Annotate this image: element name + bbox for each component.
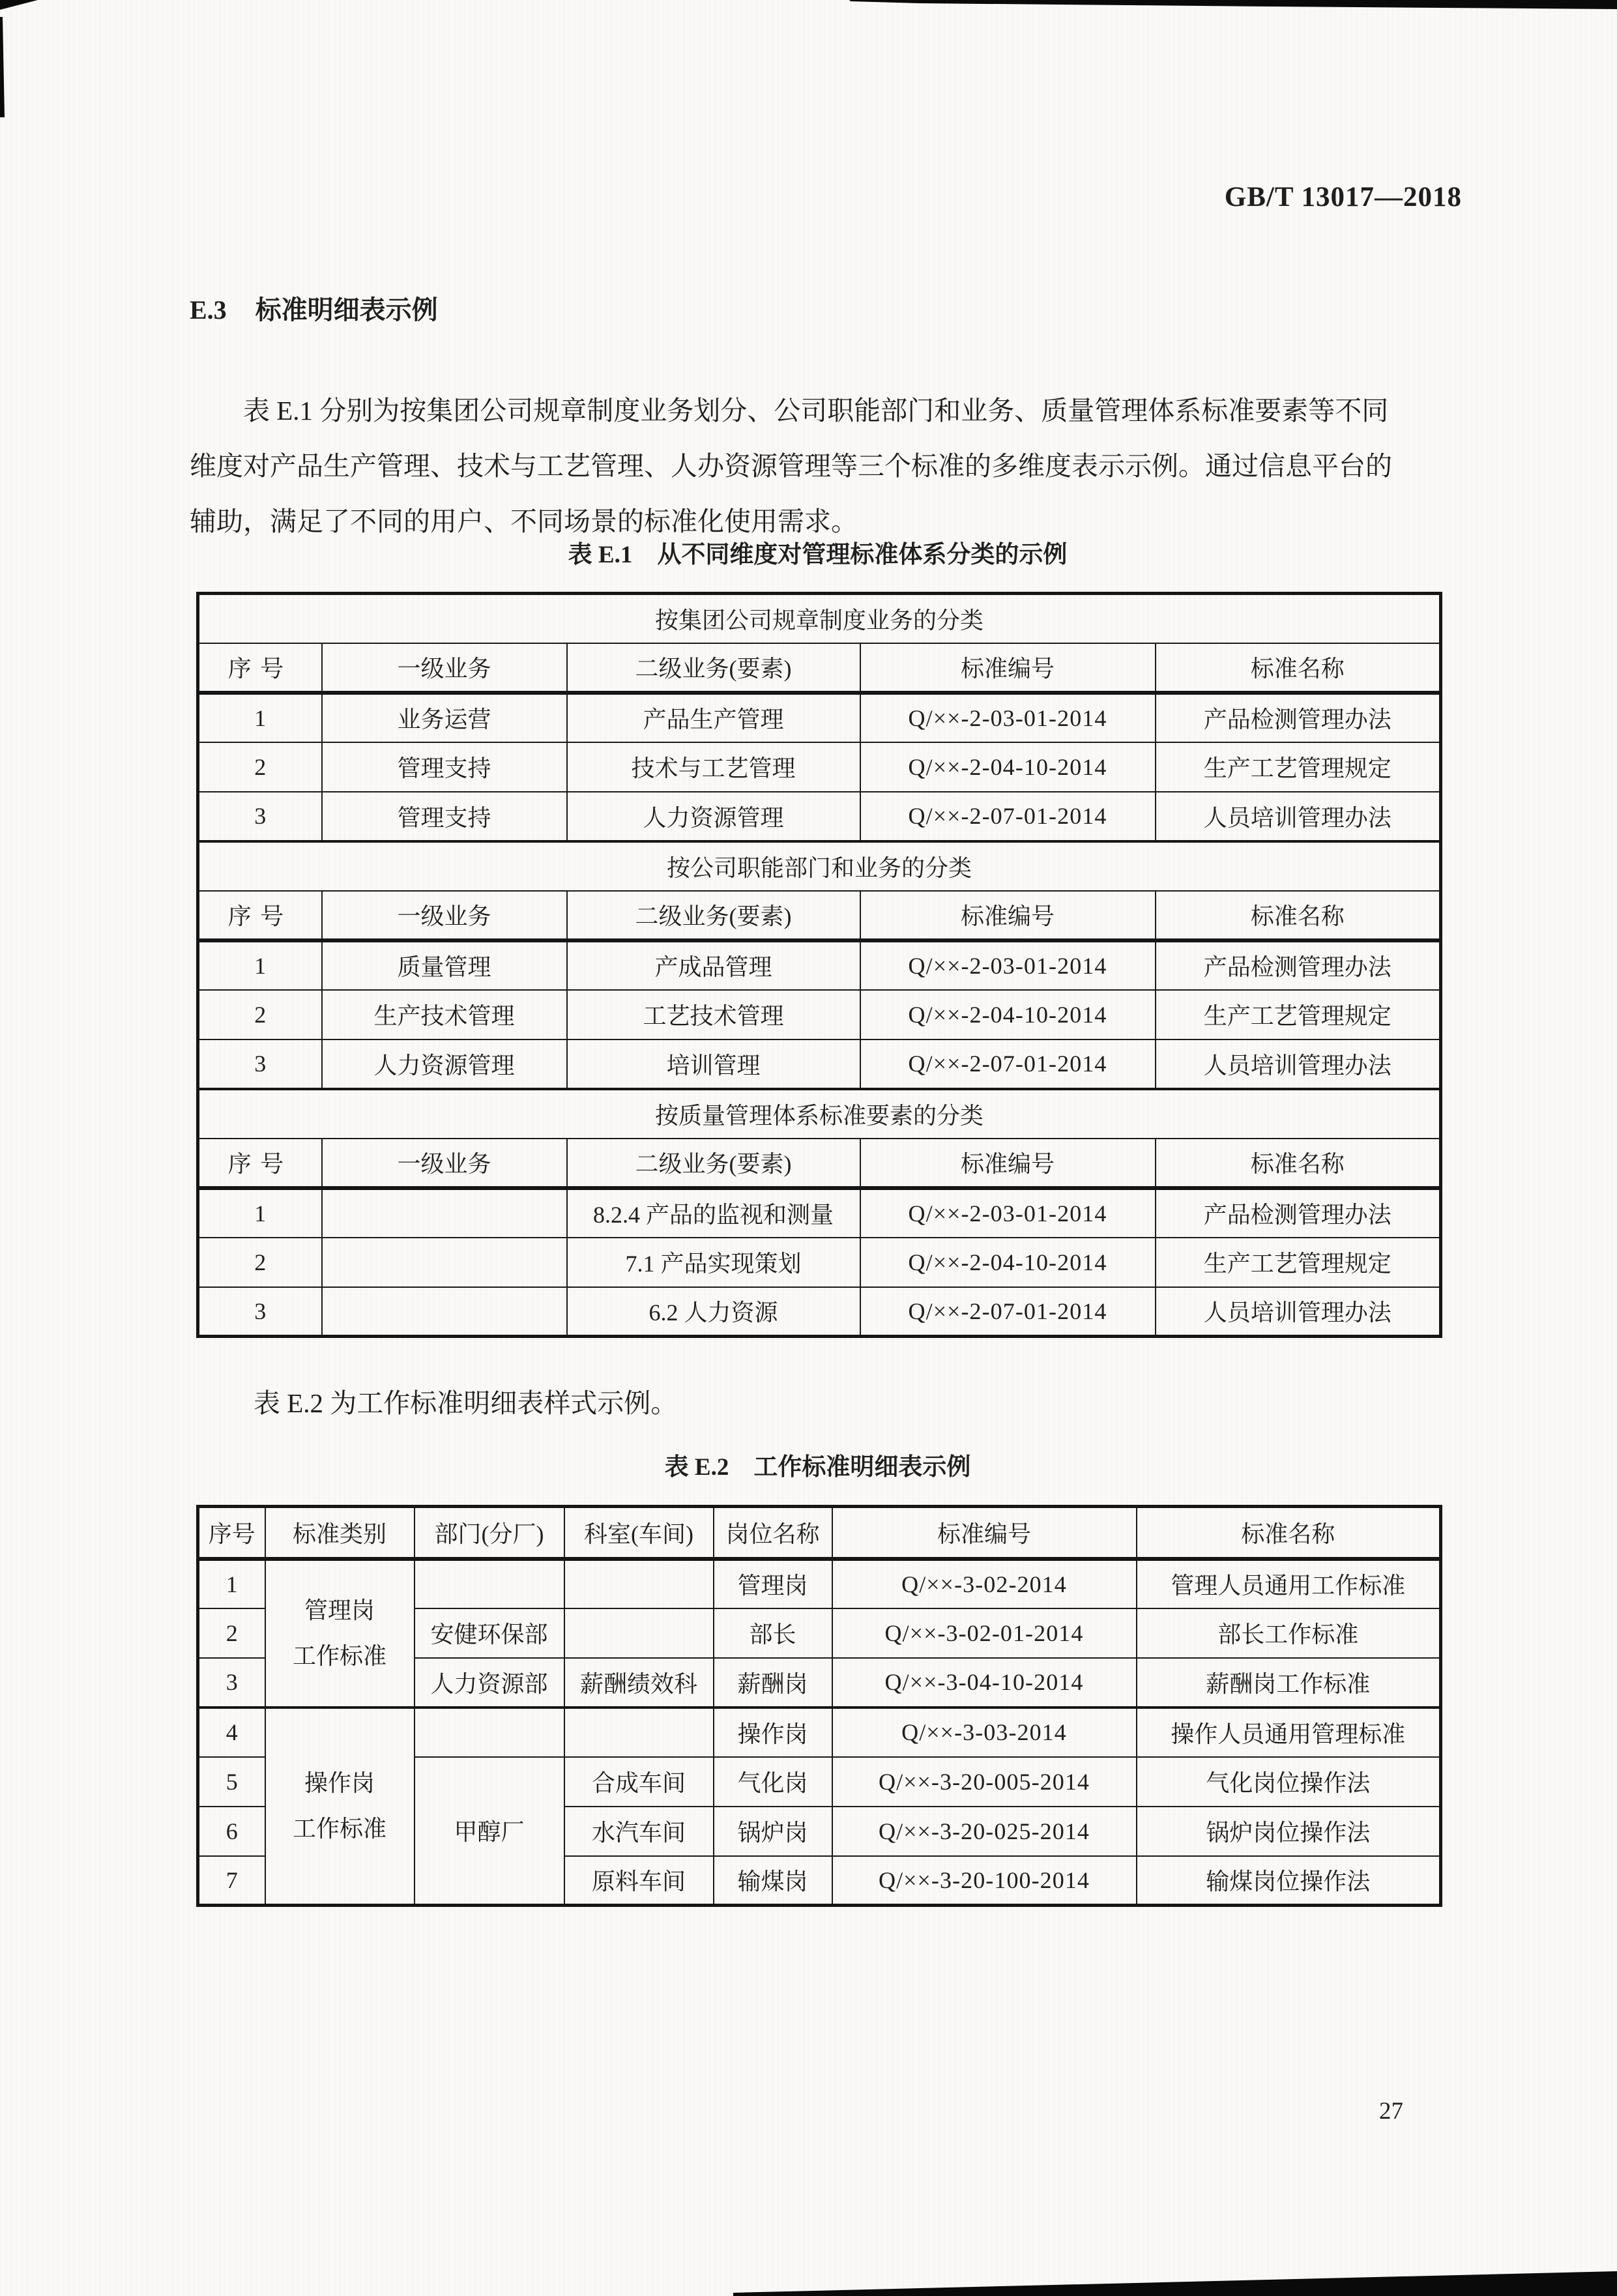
table-row: 1 管理岗 工作标准 管理岗 Q/××-3-02-2014 管理人员通用工作标准	[198, 1559, 1441, 1608]
table-section-title-row: 按公司职能部门和业务的分类	[198, 841, 1441, 891]
table-cell: 2	[198, 1238, 322, 1287]
section-number: E.3	[190, 295, 227, 325]
table-cell: 操作岗	[714, 1707, 832, 1757]
table-cell: 部长工作标准	[1137, 1608, 1441, 1658]
table-cell: 操作人员通用管理标准	[1137, 1707, 1441, 1757]
column-header: 一级业务	[322, 891, 567, 940]
table-cell: 锅炉岗位操作法	[1137, 1807, 1441, 1856]
table-section-title-row: 按质量管理体系标准要素的分类	[198, 1089, 1441, 1139]
table-cell: 产品检测管理办法	[1156, 1188, 1441, 1238]
table-cell: Q/××-2-03-01-2014	[860, 1188, 1156, 1238]
table-cell: 产品检测管理办法	[1156, 693, 1441, 742]
table-cell: 培训管理	[567, 1039, 860, 1089]
table-cell: 薪酬绩效科	[564, 1658, 714, 1707]
table-cell: Q/××-3-20-005-2014	[832, 1757, 1137, 1807]
table-cell: Q/××-3-02-01-2014	[832, 1608, 1137, 1658]
column-header: 标准名称	[1137, 1507, 1441, 1559]
factory-cell: 甲醇厂	[415, 1757, 564, 1906]
table-e1-caption: 表 E.1从不同维度对管理标准体系分类的示例	[196, 534, 1439, 570]
column-header: 标准类别	[265, 1507, 415, 1559]
table-row: 3 人力资源管理 培训管理 Q/××-2-07-01-2014 人员培训管理办法	[198, 1039, 1441, 1089]
category-line: 工作标准	[269, 1806, 411, 1852]
column-header: 序号	[198, 1507, 265, 1559]
column-header: 序号	[198, 1139, 322, 1188]
table-section-title: 按质量管理体系标准要素的分类	[198, 1089, 1441, 1139]
table-cell: 8.2.4 产品的监视和测量	[567, 1188, 860, 1238]
table-cell: 安健环保部	[415, 1608, 564, 1658]
category-line: 工作标准	[269, 1633, 411, 1679]
table-cell: Q/××-3-02-2014	[832, 1559, 1137, 1608]
table-cell: Q/××-2-04-10-2014	[860, 742, 1156, 792]
table-row: 1 质量管理 产成品管理 Q/××-2-03-01-2014 产品检测管理办法	[198, 940, 1441, 990]
table-cell: 生产工艺管理规定	[1156, 1238, 1441, 1287]
table-cell: 管理支持	[322, 742, 567, 792]
table-cell: 3	[198, 1658, 265, 1707]
table-cell: 质量管理	[322, 940, 567, 990]
table-row: 1 8.2.4 产品的监视和测量 Q/××-2-03-01-2014 产品检测管…	[198, 1188, 1441, 1238]
column-header: 二级业务(要素)	[567, 1139, 860, 1188]
table-cell: 气化岗	[714, 1757, 832, 1807]
table-cell: Q/××-2-04-10-2014	[860, 990, 1156, 1039]
page-number: 27	[1379, 2097, 1403, 2125]
table-cell: 人员培训管理办法	[1156, 1287, 1441, 1337]
table-cell: 人力资源部	[415, 1658, 564, 1707]
table-cell: 原料车间	[564, 1856, 714, 1906]
scan-artifact-left-edge	[0, 17, 5, 117]
standard-number-header: GB/T 13017—2018	[1225, 181, 1462, 213]
table-e1-caption-title: 从不同维度对管理标准体系分类的示例	[657, 542, 1067, 568]
column-header: 标准名称	[1156, 643, 1441, 693]
table-cell: 2	[198, 1608, 265, 1658]
table-cell: 2	[198, 742, 322, 792]
table-header-row: 序号 标准类别 部门(分厂) 科室(车间) 岗位名称 标准编号 标准名称	[198, 1507, 1441, 1559]
table-cell: 输煤岗	[714, 1856, 832, 1906]
column-header: 标准名称	[1156, 891, 1441, 940]
table-cell: Q/××-2-07-01-2014	[860, 1039, 1156, 1089]
table-cell: 5	[198, 1757, 265, 1807]
table-cell: Q/××-2-07-01-2014	[860, 1287, 1156, 1337]
table-cell: 生产工艺管理规定	[1156, 990, 1441, 1039]
table-cell: 3	[198, 792, 322, 841]
table-cell: 人员培训管理办法	[1156, 1039, 1441, 1089]
table-cell: 4	[198, 1707, 265, 1757]
table-cell: Q/××-3-03-2014	[832, 1707, 1137, 1757]
table-cell: 部长	[714, 1608, 832, 1658]
table-cell	[415, 1559, 564, 1608]
table-cell: 6	[198, 1807, 265, 1856]
intro-paragraph: 表 E.1 分别为按集团公司规章制度业务划分、公司职能部门和业务、质量管理体系标…	[190, 383, 1440, 549]
table-section-title: 按公司职能部门和业务的分类	[198, 841, 1441, 891]
column-header: 标准编号	[832, 1507, 1137, 1559]
table-row: 4 操作岗 工作标准 操作岗 Q/××-3-03-2014 操作人员通用管理标准	[198, 1707, 1441, 1757]
table-cell: Q/××-3-20-025-2014	[832, 1807, 1137, 1856]
table-section-title: 按集团公司规章制度业务的分类	[198, 594, 1441, 643]
table-cell	[322, 1238, 567, 1287]
table-row: 1 业务运营 产品生产管理 Q/××-2-03-01-2014 产品检测管理办法	[198, 693, 1441, 742]
table-cell: 产品生产管理	[567, 693, 860, 742]
table-cell: 合成车间	[564, 1757, 714, 1807]
column-header: 一级业务	[322, 1139, 567, 1188]
table-row: 2 生产技术管理 工艺技术管理 Q/××-2-04-10-2014 生产工艺管理…	[198, 990, 1441, 1039]
table-cell: 气化岗位操作法	[1137, 1757, 1441, 1807]
scan-artifact-top-edge	[0, 0, 1617, 10]
table-cell: 产品检测管理办法	[1156, 940, 1441, 990]
category-line: 操作岗	[269, 1760, 411, 1806]
table-cell: 1	[198, 1559, 265, 1608]
table-cell: 水汽车间	[564, 1807, 714, 1856]
category-cell-operation: 操作岗 工作标准	[265, 1707, 415, 1906]
column-header: 标准名称	[1156, 1139, 1441, 1188]
table-e1: 按集团公司规章制度业务的分类 序号 一级业务 二级业务(要素) 标准编号 标准名…	[196, 592, 1442, 1338]
table-cell: 2	[198, 990, 322, 1039]
table-cell: 管理支持	[322, 792, 567, 841]
table-cell: 输煤岗位操作法	[1137, 1856, 1441, 1906]
table-row: 3 管理支持 人力资源管理 Q/××-2-07-01-2014 人员培训管理办法	[198, 792, 1441, 841]
table-cell	[564, 1608, 714, 1658]
column-header: 标准编号	[860, 891, 1156, 940]
table-e2-caption-label: 表 E.2	[665, 1454, 729, 1481]
table-cell: 6.2 人力资源	[567, 1287, 860, 1337]
table-header-row: 序号 一级业务 二级业务(要素) 标准编号 标准名称	[198, 643, 1441, 693]
table-cell: 3	[198, 1287, 322, 1337]
table-cell: 人力资源管理	[322, 1039, 567, 1089]
scan-artifact-top-left-corner	[0, 0, 46, 12]
column-header: 标准编号	[860, 1139, 1156, 1188]
category-line: 管理岗	[269, 1588, 411, 1633]
paragraph-line: 表 E.1 分别为按集团公司规章制度业务划分、公司职能部门和业务、质量管理体系标…	[190, 383, 1440, 439]
table-cell: Q/××-2-04-10-2014	[860, 1238, 1156, 1287]
table-cell: 薪酬岗	[714, 1658, 832, 1707]
column-header: 标准编号	[860, 643, 1156, 693]
column-header: 二级业务(要素)	[567, 643, 860, 693]
table-header-row: 序号 一级业务 二级业务(要素) 标准编号 标准名称	[198, 1139, 1441, 1188]
column-header: 科室(车间)	[564, 1507, 714, 1559]
table-cell	[322, 1188, 567, 1238]
table-cell: Q/××-3-20-100-2014	[832, 1856, 1137, 1906]
column-header: 序号	[198, 643, 322, 693]
table-cell	[415, 1707, 564, 1757]
table-cell	[564, 1707, 714, 1757]
table-header-row: 序号 一级业务 二级业务(要素) 标准编号 标准名称	[198, 891, 1441, 940]
scan-artifact-bottom-edge	[0, 2269, 1617, 2296]
table-row: 2 7.1 产品实现策划 Q/××-2-04-10-2014 生产工艺管理规定	[198, 1238, 1441, 1287]
section-title: 标准明细表示例	[255, 295, 438, 325]
table-cell: Q/××-2-03-01-2014	[860, 693, 1156, 742]
table-cell: 1	[198, 693, 322, 742]
table-cell: Q/××-2-07-01-2014	[860, 792, 1156, 841]
table-cell: Q/××-2-03-01-2014	[860, 940, 1156, 990]
column-header: 部门(分厂)	[415, 1507, 564, 1559]
table-e2: 序号 标准类别 部门(分厂) 科室(车间) 岗位名称 标准编号 标准名称 1 管…	[196, 1505, 1442, 1907]
table-row: 2 管理支持 技术与工艺管理 Q/××-2-04-10-2014 生产工艺管理规…	[198, 742, 1441, 792]
section-heading: E.3标准明细表示例	[190, 289, 438, 327]
table-section-title-row: 按集团公司规章制度业务的分类	[198, 594, 1441, 643]
table-cell: 人员培训管理办法	[1156, 792, 1441, 841]
table-cell: 管理岗	[714, 1559, 832, 1608]
table-cell: 锅炉岗	[714, 1807, 832, 1856]
table-cell: 生产技术管理	[322, 990, 567, 1039]
table-e2-caption-title: 工作标准明细表示例	[753, 1454, 970, 1481]
category-cell-management: 管理岗 工作标准	[265, 1559, 415, 1707]
column-header: 一级业务	[322, 643, 567, 693]
table-cell	[322, 1287, 567, 1337]
table-cell: 1	[198, 940, 322, 990]
table-cell: 业务运营	[322, 693, 567, 742]
table-e1-caption-label: 表 E.1	[568, 542, 633, 568]
table-cell: 7.1 产品实现策划	[567, 1238, 860, 1287]
table-e2-intro-text: 表 E.2 为工作标准明细表样式示例。	[254, 1382, 677, 1420]
table-e2-caption: 表 E.2工作标准明细表示例	[196, 1447, 1439, 1482]
table-cell: 技术与工艺管理	[567, 742, 860, 792]
table-cell: 产成品管理	[567, 940, 860, 990]
paragraph-line: 维度对产品生产管理、技术与工艺管理、人办资源管理等三个标准的多维度表示示例。通过…	[190, 439, 1440, 494]
table-cell: 管理人员通用工作标准	[1137, 1559, 1441, 1608]
table-row: 3 6.2 人力资源 Q/××-2-07-01-2014 人员培训管理办法	[198, 1287, 1441, 1337]
table-cell: 3	[198, 1039, 322, 1089]
column-header: 序号	[198, 891, 322, 940]
table-cell: 人力资源管理	[567, 792, 860, 841]
table-cell: 生产工艺管理规定	[1156, 742, 1441, 792]
table-cell	[564, 1559, 714, 1608]
document-page: GB/T 13017—2018 E.3标准明细表示例 表 E.1 分别为按集团公…	[0, 0, 1617, 2296]
table-cell: 薪酬岗工作标准	[1137, 1658, 1441, 1707]
table-cell: 1	[198, 1188, 322, 1238]
column-header: 二级业务(要素)	[567, 891, 860, 940]
table-cell: 7	[198, 1856, 265, 1906]
table-cell: Q/××-3-04-10-2014	[832, 1658, 1137, 1707]
column-header: 岗位名称	[714, 1507, 832, 1559]
table-cell: 工艺技术管理	[567, 990, 860, 1039]
